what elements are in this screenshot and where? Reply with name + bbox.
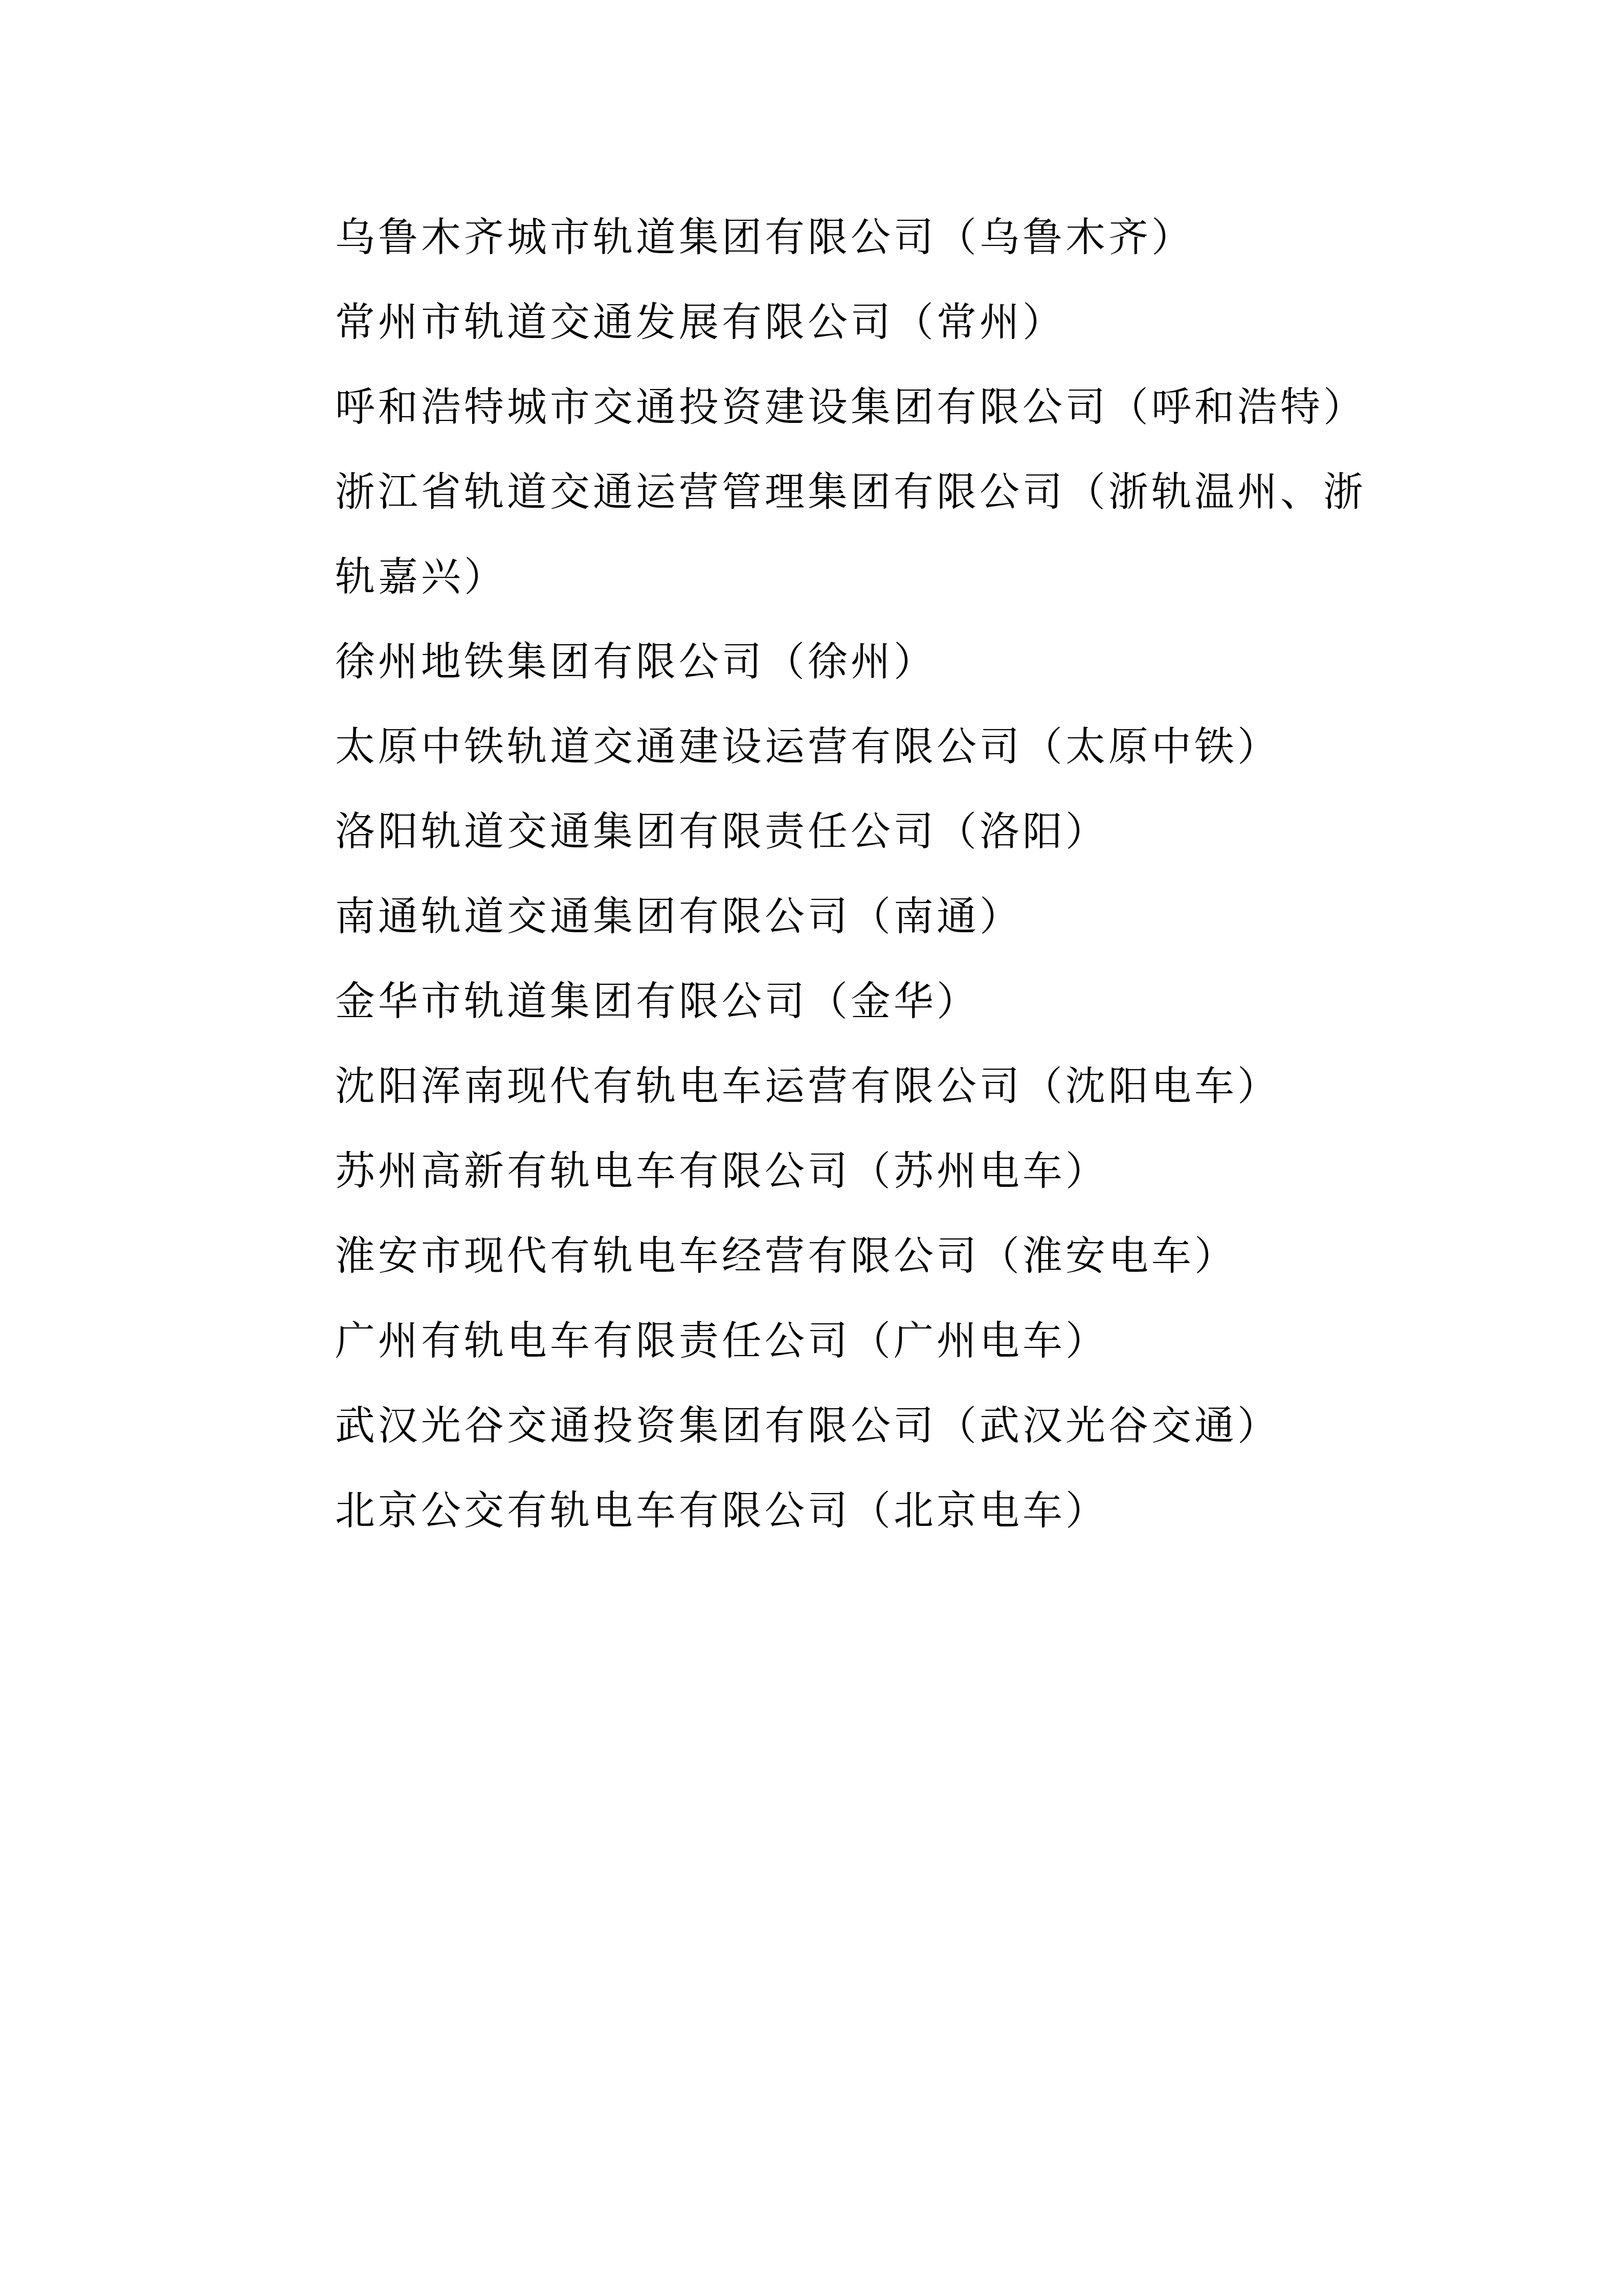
list-item: 北京公交有轨电车有限公司（北京电车） [335, 1469, 1373, 1554]
list-item: 南通轨道交通集团有限公司（南通） [335, 874, 1373, 959]
list-item: 徐州地铁集团有限公司（徐州） [335, 620, 1373, 705]
list-item: 苏州高新有轨电车有限公司（苏州电车） [335, 1129, 1373, 1214]
list-item: 广州有轨电车有限责任公司（广州电车） [335, 1299, 1373, 1384]
list-item: 金华市轨道集团有限公司（金华） [335, 959, 1373, 1044]
list-item: 武汉光谷交通投资集团有限公司（武汉光谷交通） [335, 1384, 1373, 1469]
list-item: 乌鲁木齐城市轨道集团有限公司（乌鲁木齐） [335, 195, 1373, 280]
list-item: 呼和浩特城市交通投资建设集团有限公司（呼和浩特） [335, 365, 1373, 450]
company-list: 乌鲁木齐城市轨道集团有限公司（乌鲁木齐） 常州市轨道交通发展有限公司（常州） 呼… [335, 195, 1373, 1554]
list-item: 淮安市现代有轨电车经营有限公司（淮安电车） [335, 1214, 1373, 1299]
document-page: 乌鲁木齐城市轨道集团有限公司（乌鲁木齐） 常州市轨道交通发展有限公司（常州） 呼… [0, 0, 1624, 2296]
list-item: 太原中铁轨道交通建设运营有限公司（太原中铁） [335, 705, 1373, 790]
list-item: 沈阳浑南现代有轨电车运营有限公司（沈阳电车） [335, 1044, 1373, 1129]
list-item: 常州市轨道交通发展有限公司（常州） [335, 280, 1373, 365]
list-item: 浙江省轨道交通运营管理集团有限公司（浙轨温州、浙轨嘉兴） [335, 450, 1373, 620]
list-item: 洛阳轨道交通集团有限责任公司（洛阳） [335, 790, 1373, 874]
